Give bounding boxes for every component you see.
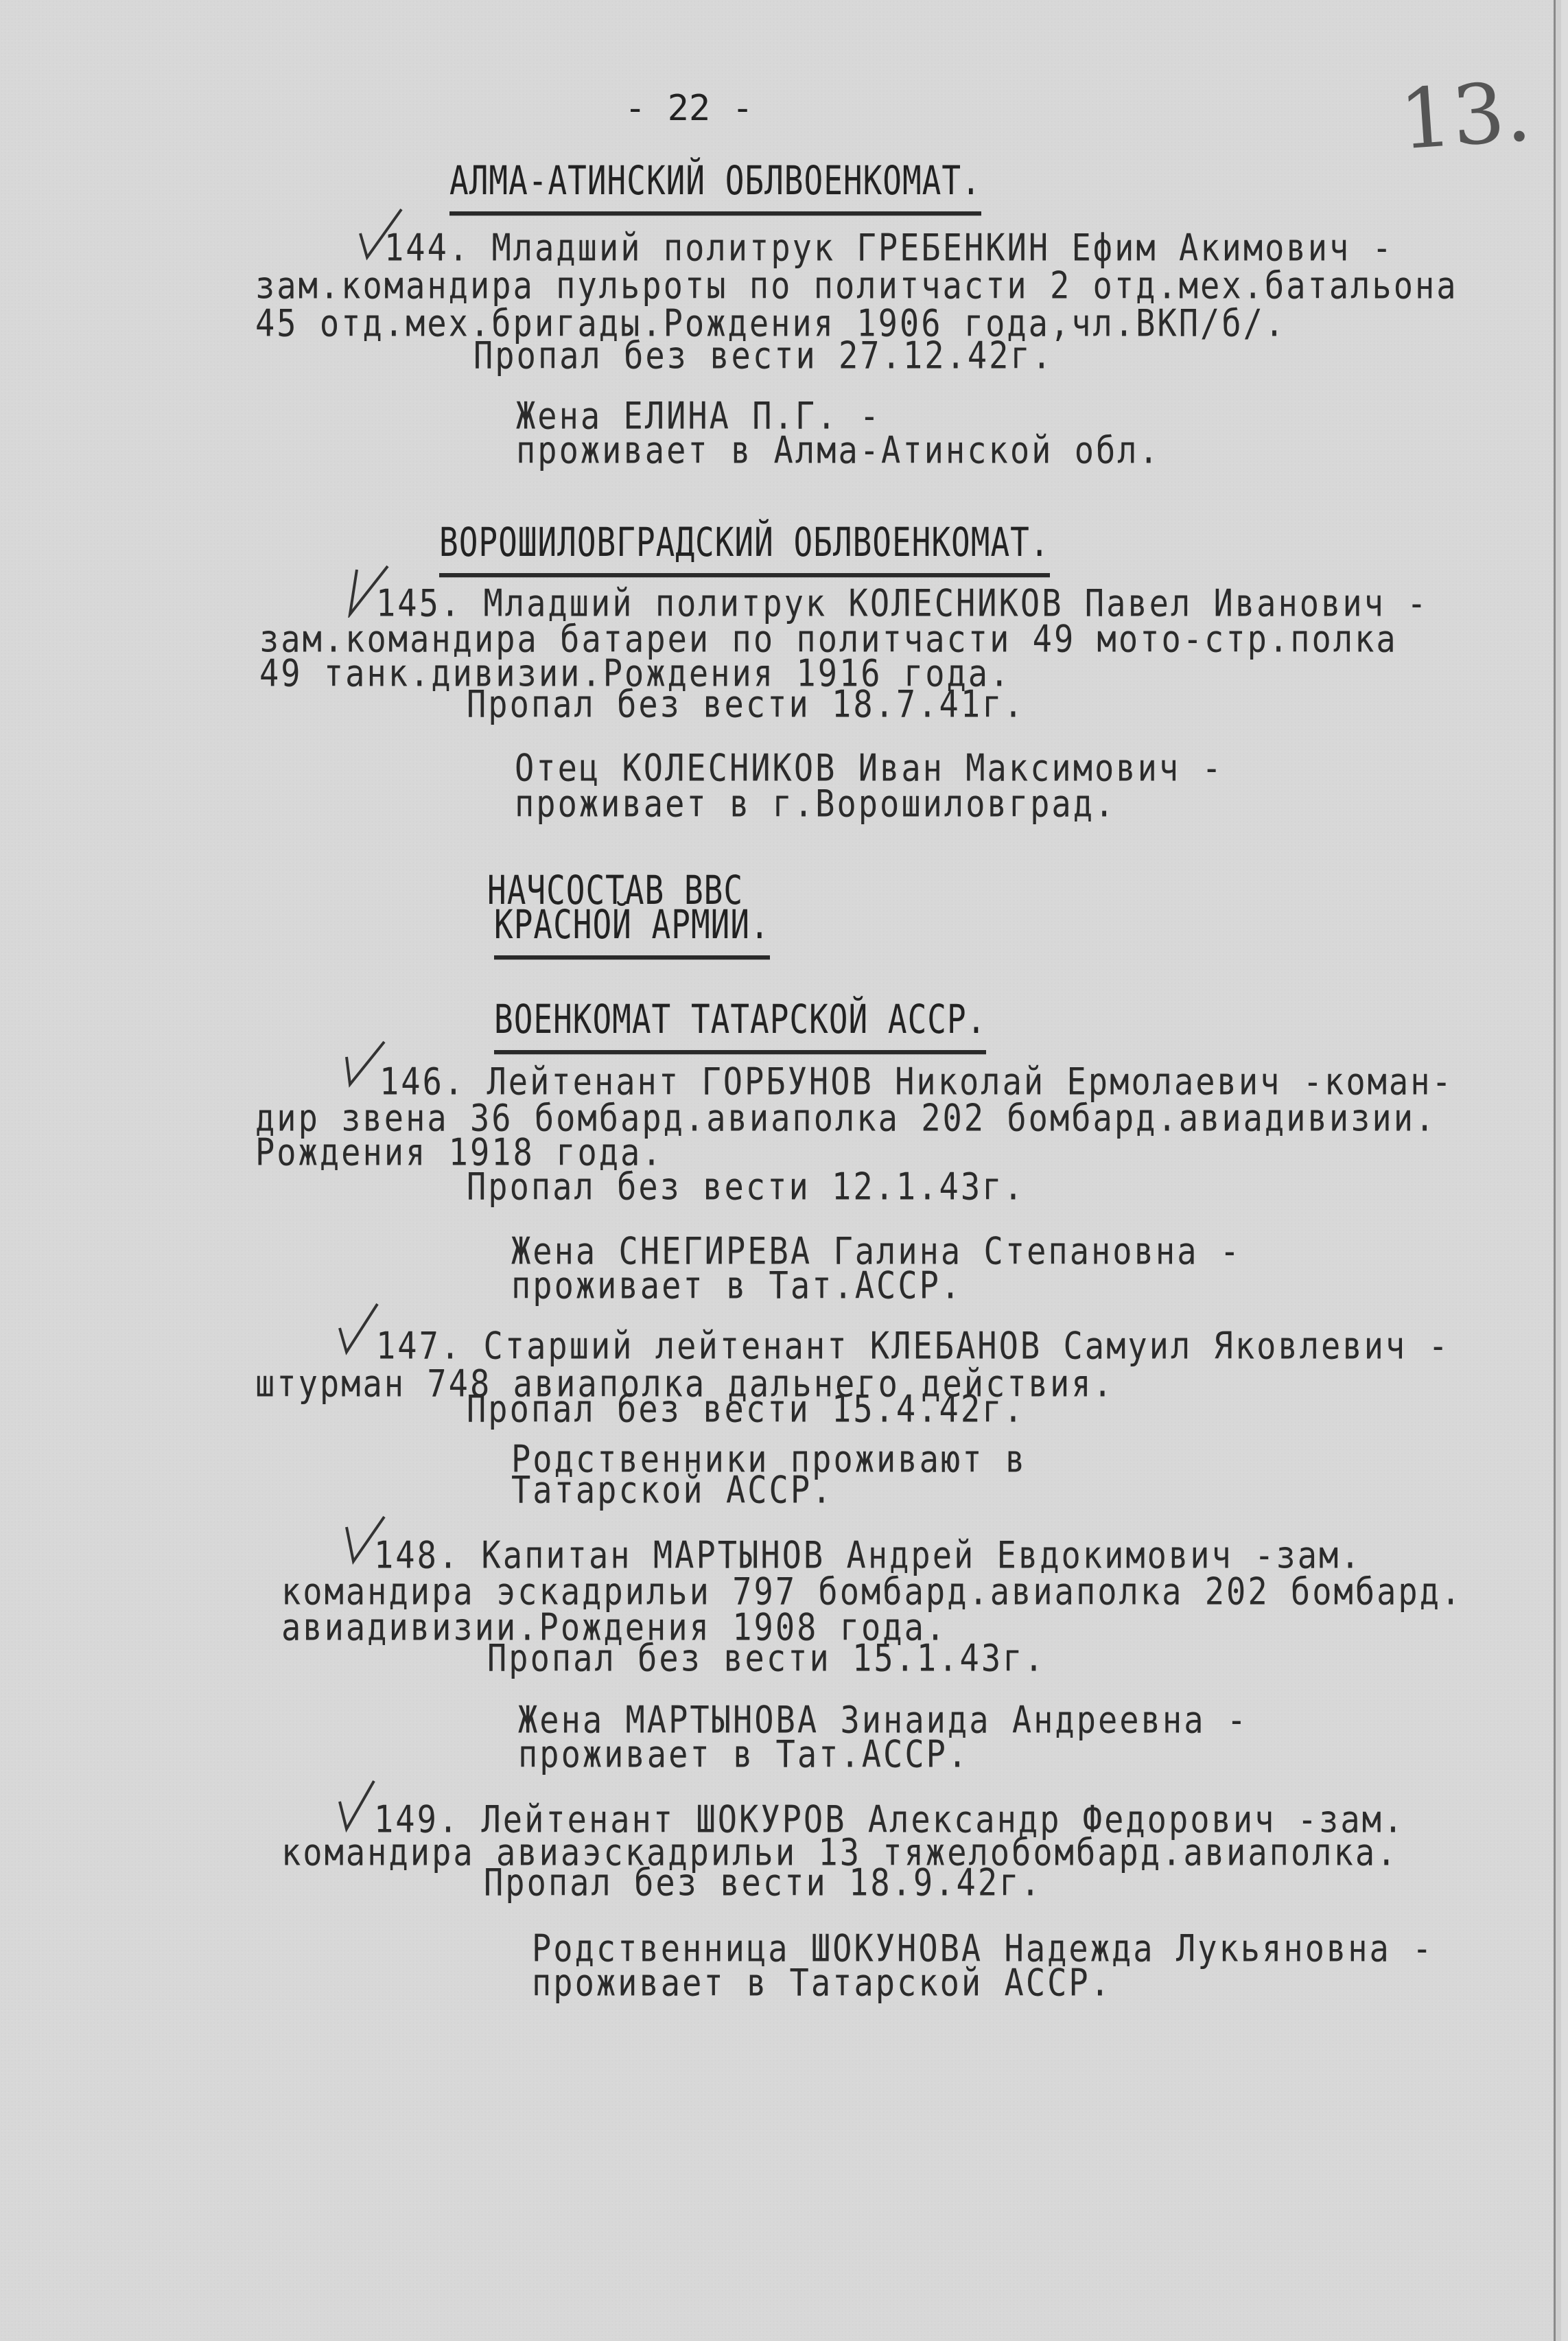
section-heading-voroshilovgrad: ВОРОШИЛОВГРАДСКИЙ ОБЛВОЕНКОМАТ.: [439, 518, 1050, 577]
entry-145-relative-2: проживает в г.Ворошиловград.: [515, 782, 1116, 826]
archive-sheet-number: 13.: [1396, 65, 1534, 169]
document-page: - 22 - 13. АЛМА-АТИНСКИЙ ОБЛВОЕНКОМАТ. 1…: [0, 0, 1561, 2341]
section-heading-alma-ata: АЛМА-АТИНСКИЙ ОБЛВОЕНКОМАТ.: [449, 156, 981, 216]
section-heading-tatar-assr: ВОЕНКОМАТ ТАТАРСКОЙ АССР.: [494, 995, 986, 1054]
entry-number: 147.: [376, 1325, 462, 1368]
entry-147-missing: Пропал без вести 15.4.42г.: [467, 1388, 1025, 1432]
entry-145-missing: Пропал без вести 18.7.41г.: [467, 683, 1025, 727]
entry-147-relative-2: Татарской АССР.: [511, 1469, 833, 1513]
entry-146-relative-2: проживает в Тат.АССР.: [511, 1264, 962, 1308]
entry-144-relative-2: проживает в Алма-Атинской обл.: [516, 429, 1160, 473]
entry-149-missing: Пропал без вести 18.9.42г.: [484, 1861, 1042, 1905]
entry-148-missing: Пропал без вести 15.1.43г.: [487, 1637, 1046, 1681]
page-edge: [1554, 0, 1556, 2341]
page-edge-shadow: [1556, 0, 1561, 2341]
entry-146-missing: Пропал без вести 12.1.43г.: [467, 1165, 1025, 1209]
entry-149-relative-2: проживает в Татарской АССР.: [532, 1961, 1112, 2005]
section-heading-vvs-line-2: КРАСНОЙ АРМИИ.: [494, 900, 770, 959]
page-number: - 22 -: [624, 88, 753, 129]
entry-148-relative-2: проживает в Тат.АССР.: [518, 1733, 969, 1777]
entry-144-missing: Пропал без вести 27.12.42г.: [473, 334, 1053, 378]
entry-number: 144.: [384, 226, 470, 270]
